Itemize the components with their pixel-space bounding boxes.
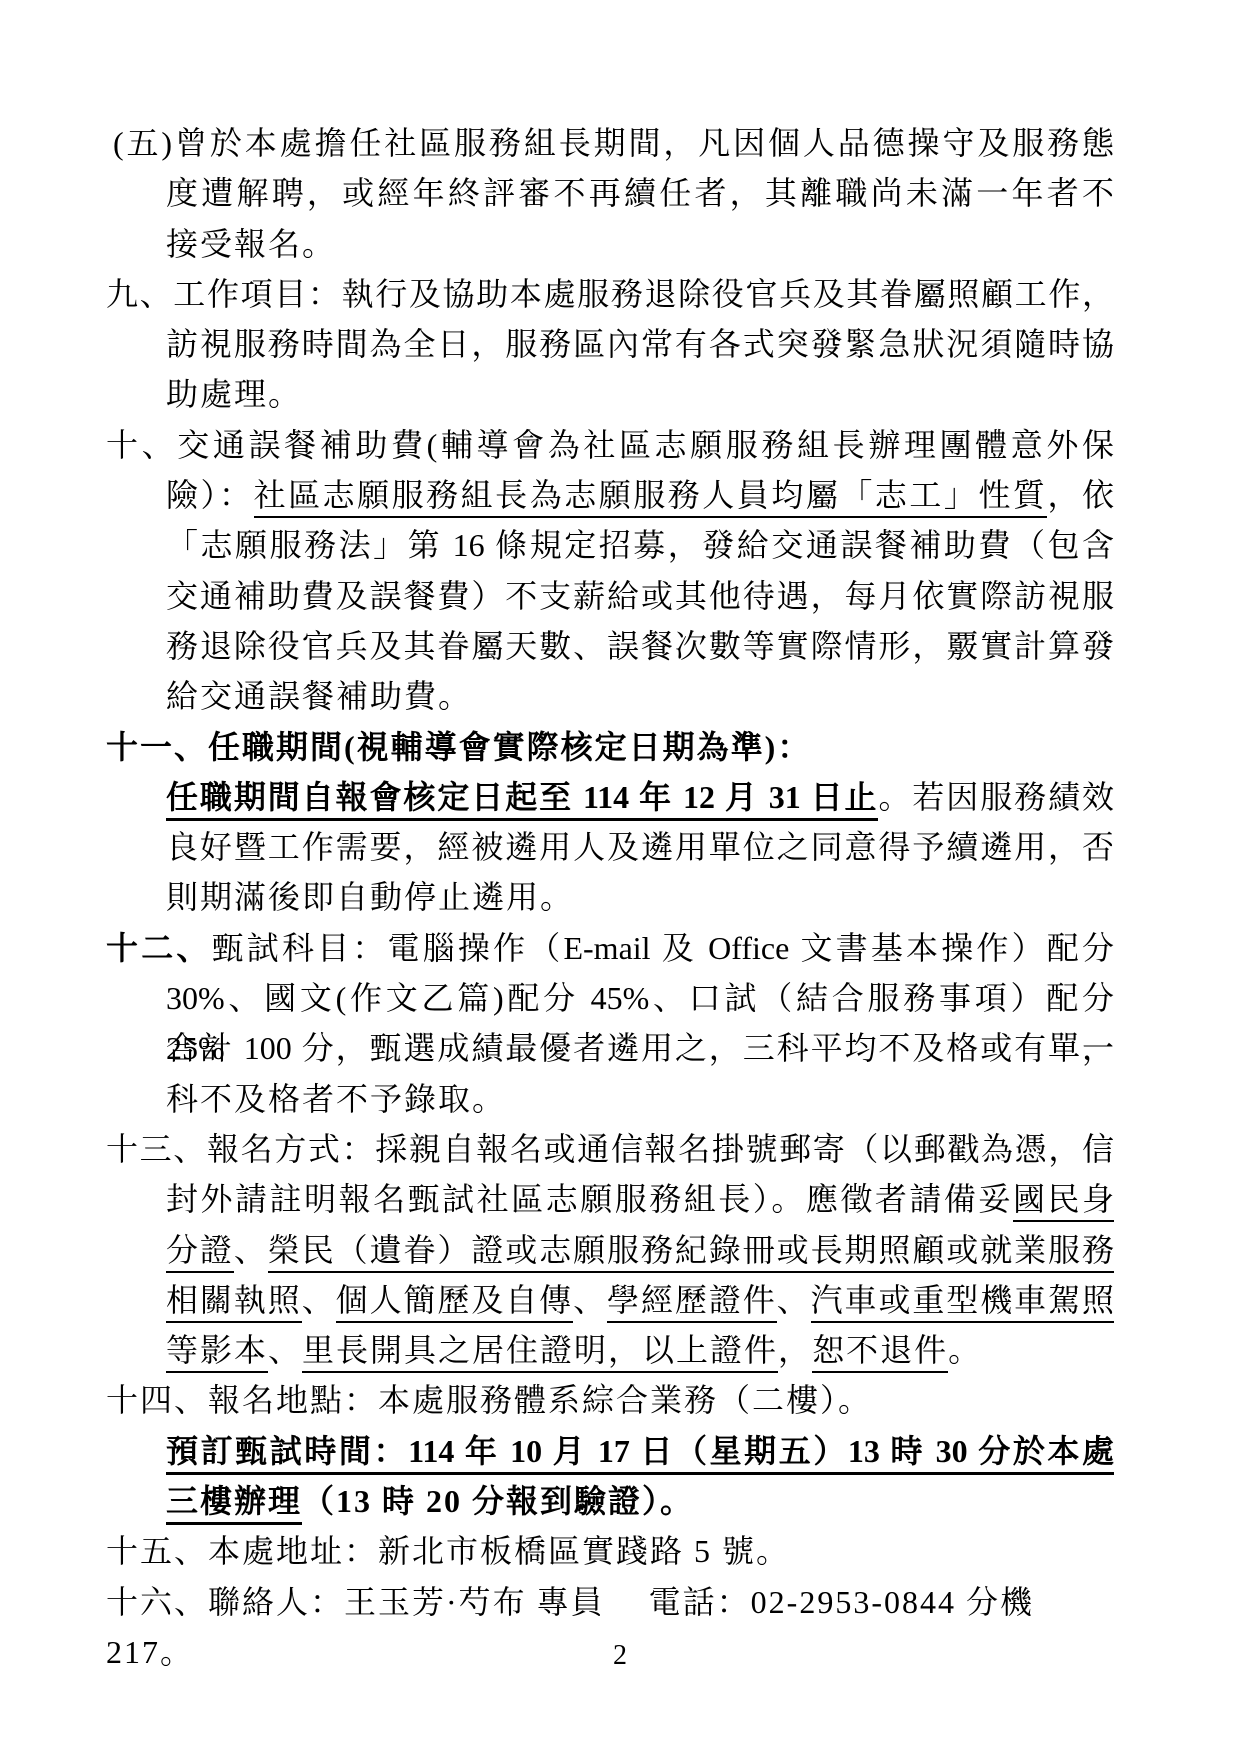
text-segment: 。若因服務績效 <box>878 779 1114 815</box>
underlined-text: 相關執照 <box>166 1282 302 1323</box>
text-segment: 十三、報名方式：採親自報名或通信報名掛號郵寄（以郵戳為憑，信 <box>106 1131 1114 1167</box>
text-segment: 十二、 <box>106 930 212 966</box>
text-segment: 度遭解聘，或經年終評審不再續任者，其離職尚未滿一年者不 <box>166 175 1114 211</box>
text-line: 險）：社區志願服務組長為志願服務人員均屬「志工」性質，依 <box>106 470 1114 520</box>
underlined-text: 恕不退件 <box>812 1332 948 1373</box>
underlined-text: 預訂甄試時間：114 年 10 月 17 日（星期五）13 時 30 分於本處 <box>166 1433 1114 1475</box>
text-line: 給交通誤餐補助費。 <box>106 671 1114 721</box>
text-line: 合計 100 分，甄選成績最優者遴用之，三科平均不及格或有單一 <box>106 1023 1114 1073</box>
underlined-text: 個人簡歷及自傳 <box>336 1282 573 1323</box>
text-segment: 險）： <box>166 477 254 513</box>
text-line: 等影本、里長開具之居住證明，以上證件，恕不退件。 <box>106 1325 1114 1375</box>
document-body: (五)曾於本處擔任社區服務組長期間，凡因個人品德操守及服務態度遭解聘，或經年終評… <box>0 0 1240 1627</box>
document-page: (五)曾於本處擔任社區服務組長期間，凡因個人品德操守及服務態度遭解聘，或經年終評… <box>0 0 1240 1754</box>
text-line: 分證、榮民（遺眷）證或志願服務紀錄冊或長期照顧或就業服務 <box>106 1225 1114 1275</box>
underlined-text: 國民身 <box>1013 1181 1114 1222</box>
text-segment: 封外請註明報名甄試社區志願服務組長）。應徵者請備妥 <box>166 1181 1013 1217</box>
text-line: 十六、聯絡人：王玉芳·芍布 專員 電話：02-2953-0844 分機 217。 <box>106 1577 1114 1627</box>
text-segment: 、 <box>302 1282 336 1318</box>
text-segment: 助處理。 <box>166 376 302 412</box>
text-segment: 、 <box>234 1232 268 1268</box>
text-segment: 甄試科目：電腦操作（E-mail 及 Office 文書基本操作）配分 <box>212 930 1114 966</box>
text-line: 30%、國文(作文乙篇)配分 45%、口試（結合服務事項）配分 25%， <box>106 973 1114 1023</box>
text-segment: 、 <box>777 1282 811 1318</box>
text-segment: 接受報名。 <box>166 226 336 262</box>
underlined-text: 等影本 <box>166 1332 268 1373</box>
text-segment: 十五、本處地址：新北市板橋區實踐路 5 號。 <box>106 1533 790 1569</box>
underlined-text: 榮民（遺眷）證或志願服務紀錄冊或長期照顧或就業服務 <box>268 1232 1114 1273</box>
text-segment: (五)曾於本處擔任社區服務組長期間，凡因個人品德操守及服務態 <box>113 125 1114 161</box>
text-segment: 合計 100 分，甄選成績最優者遴用之，三科平均不及格或有單一 <box>166 1030 1114 1066</box>
text-segment: 九、工作項目：執行及協助本處服務退除役官兵及其眷屬照顧工作， <box>106 276 1114 312</box>
text-segment: 。 <box>948 1332 982 1368</box>
text-line: 「志願服務法」第 16 條規定招募，發給交通誤餐補助費（包含 <box>106 520 1114 570</box>
text-line: 九、工作項目：執行及協助本處服務退除役官兵及其眷屬照顧工作， <box>106 269 1114 319</box>
text-line: 十、交通誤餐補助費(輔導會為社區志願服務組長辦理團體意外保 <box>106 420 1114 470</box>
text-line: 任職期間自報會核定日起至 114 年 12 月 31 日止。若因服務績效 <box>106 772 1114 822</box>
text-line: 十四、報名地點：本處服務體系綜合業務（二樓）。 <box>106 1375 1114 1425</box>
text-line: 相關執照、個人簡歷及自傳、學經歷證件、汽車或重型機車駕照 <box>106 1275 1114 1325</box>
text-line: (五)曾於本處擔任社區服務組長期間，凡因個人品德操守及服務態 <box>106 118 1114 168</box>
text-line: 預訂甄試時間：114 年 10 月 17 日（星期五）13 時 30 分於本處 <box>106 1426 1114 1476</box>
text-segment: 交通補助費及誤餐費）不支薪給或其他待遇，每月依實際訪視服 <box>166 578 1114 614</box>
text-segment: 、 <box>268 1332 302 1368</box>
underlined-text: 里長開具之居住證明，以上證件 <box>302 1332 778 1373</box>
text-line: 度遭解聘，或經年終評審不再續任者，其離職尚未滿一年者不 <box>106 168 1114 218</box>
text-segment: 科不及格者不予錄取。 <box>166 1081 506 1117</box>
underlined-text: 社區志願服務組長為志願服務人員均屬「志工」性質 <box>254 477 1048 518</box>
text-segment: 良好暨工作需要，經被遴用人及遴用單位之同意得予續遴用，否 <box>166 829 1114 865</box>
text-line: 助處理。 <box>106 369 1114 419</box>
underlined-text: 分證 <box>166 1232 234 1273</box>
text-segment: 十四、報名地點：本處服務體系綜合業務（二樓）。 <box>106 1382 872 1418</box>
text-line: 封外請註明報名甄試社區志願服務組長）。應徵者請備妥國民身 <box>106 1174 1114 1224</box>
text-segment: ，依 <box>1047 477 1114 513</box>
text-line: 十一、任職期間(視輔導會實際核定日期為準)： <box>106 722 1114 772</box>
text-segment: ， <box>778 1332 812 1368</box>
text-line: 則期滿後即自動停止遴用。 <box>106 872 1114 922</box>
text-line: 訪視服務時間為全日，服務區內常有各式突發緊急狀況須隨時協 <box>106 319 1114 369</box>
text-segment: 、 <box>573 1282 607 1318</box>
text-line: 三樓辦理（13 時 20 分報到驗證）。 <box>106 1476 1114 1526</box>
underlined-text: 三樓辦理 <box>166 1483 302 1525</box>
text-line: 十三、報名方式：採親自報名或通信報名掛號郵寄（以郵戳為憑，信 <box>106 1124 1114 1174</box>
text-segment: 務退除役官兵及其眷屬天數、誤餐次數等實際情形，覈實計算發 <box>166 628 1114 664</box>
underlined-text: 學經歷證件 <box>607 1282 777 1323</box>
text-segment: 給交通誤餐補助費。 <box>166 678 472 714</box>
text-line: 接受報名。 <box>106 219 1114 269</box>
text-segment: （13 時 20 分報到驗證）。 <box>302 1483 694 1519</box>
text-line: 良好暨工作需要，經被遴用人及遴用單位之同意得予續遴用，否 <box>106 822 1114 872</box>
underlined-text: 任職期間自報會核定日起至 114 年 12 月 31 日止 <box>166 779 878 821</box>
text-line: 交通補助費及誤餐費）不支薪給或其他待遇，每月依實際訪視服 <box>106 571 1114 621</box>
text-segment: 訪視服務時間為全日，服務區內常有各式突發緊急狀況須隨時協 <box>166 326 1114 362</box>
text-segment: 十、交通誤餐補助費(輔導會為社區志願服務組長辦理團體意外保 <box>106 427 1114 463</box>
text-segment: 則期滿後即自動停止遴用。 <box>166 879 574 915</box>
underlined-text: 汽車或重型機車駕照 <box>811 1282 1114 1323</box>
text-line: 十五、本處地址：新北市板橋區實踐路 5 號。 <box>106 1526 1114 1576</box>
text-segment: 「志願服務法」第 16 條規定招募，發給交通誤餐補助費（包含 <box>166 527 1114 563</box>
text-line: 十二、甄試科目：電腦操作（E-mail 及 Office 文書基本操作）配分 <box>106 923 1114 973</box>
text-line: 務退除役官兵及其眷屬天數、誤餐次數等實際情形，覈實計算發 <box>106 621 1114 671</box>
text-segment: 十一、任職期間(視輔導會實際核定日期為準)： <box>106 729 811 765</box>
text-line: 科不及格者不予錄取。 <box>106 1074 1114 1124</box>
